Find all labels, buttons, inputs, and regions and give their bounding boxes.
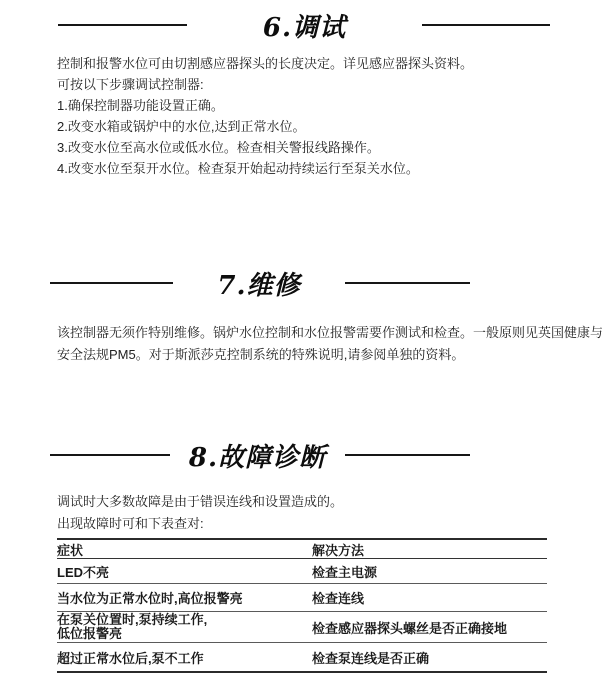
- section-title-commissioning: 6.调试: [187, 7, 422, 44]
- table-header-row: 症状 解决方法: [57, 540, 547, 559]
- paragraph: 安全法规PM5。对于斯派莎克控制系统的特殊说明,请参阅单独的资料。: [57, 344, 554, 366]
- section-heading-maintenance: 7.维修: [50, 266, 611, 300]
- heading-rule-right: [345, 282, 470, 284]
- section-heading-fault-diagnosis: 8.故障诊断: [50, 438, 611, 472]
- cell-symptom: LED不亮: [57, 562, 312, 581]
- table-row: 当水位为正常水位时,高位报警亮 检查连线: [57, 584, 547, 612]
- section-heading-commissioning: 6.调试: [58, 8, 611, 42]
- cell-solution: 检查连线: [312, 588, 547, 607]
- fault-diagnosis-text: 调试时大多数故障是由于错误连线和设置造成的。 出现故障时可和下表查对:: [57, 491, 554, 535]
- list-item-step-1: 1.确保控制器功能设置正确。: [57, 95, 554, 116]
- troubleshooting-table: 症状 解决方法 LED不亮 检查主电源 当水位为正常水位时,高位报警亮 检查连线…: [57, 538, 547, 673]
- paragraph: 调试时大多数故障是由于错误连线和设置造成的。: [57, 491, 554, 513]
- cell-solution: 检查感应器探头螺丝是否正确接地: [312, 618, 547, 637]
- cell-solution: 检查主电源: [312, 562, 547, 581]
- cell-symptom: 当水位为正常水位时,高位报警亮: [57, 588, 312, 607]
- heading-rule-right: [345, 454, 470, 456]
- manual-page: 6.调试 控制和报警水位可由切割感应器探头的长度决定。详见感应器探头资料。 可按…: [0, 8, 611, 696]
- column-header-symptom: 症状: [57, 540, 312, 559]
- commissioning-text: 控制和报警水位可由切割感应器探头的长度决定。详见感应器探头资料。 可按以下步骤调…: [57, 53, 554, 179]
- paragraph: 控制和报警水位可由切割感应器探头的长度决定。详见感应器探头资料。: [57, 53, 554, 74]
- paragraph: 可按以下步骤调试控制器:: [57, 74, 554, 95]
- section-title-fault-diagnosis: 8.故障诊断: [170, 437, 345, 474]
- heading-rule-left: [50, 454, 170, 456]
- table-row: 超过正常水位后,泵不工作 检查泵连线是否正确: [57, 643, 547, 671]
- list-item-step-4: 4.改变水位至泵开水位。检查泵开始起动持续运行至泵关水位。: [57, 158, 554, 179]
- table-row: LED不亮 检查主电源: [57, 559, 547, 584]
- paragraph: 出现故障时可和下表查对:: [57, 513, 554, 535]
- list-item-step-2: 2.改变水箱或锅炉中的水位,达到正常水位。: [57, 116, 554, 137]
- column-header-solution: 解决方法: [312, 540, 547, 559]
- paragraph: 该控制器无须作特别维修。锅炉水位控制和水位报警需要作测试和检查。一般原则见英国健…: [57, 322, 554, 344]
- cell-solution: 检查泵连线是否正确: [312, 648, 547, 667]
- heading-rule-left: [50, 282, 173, 284]
- heading-rule-right: [422, 24, 550, 26]
- table-row: 在泵关位置时,泵持续工作, 低位报警亮 检查感应器探头螺丝是否正确接地: [57, 612, 547, 643]
- cell-symptom: 在泵关位置时,泵持续工作, 低位报警亮: [57, 613, 312, 641]
- heading-rule-left: [58, 24, 187, 26]
- maintenance-text: 该控制器无须作特别维修。锅炉水位控制和水位报警需要作测试和检查。一般原则见英国健…: [57, 322, 554, 366]
- section-title-maintenance: 7.维修: [173, 265, 345, 302]
- list-item-step-3: 3.改变水位至高水位或低水位。检查相关警报线路操作。: [57, 137, 554, 158]
- cell-symptom: 超过正常水位后,泵不工作: [57, 648, 312, 667]
